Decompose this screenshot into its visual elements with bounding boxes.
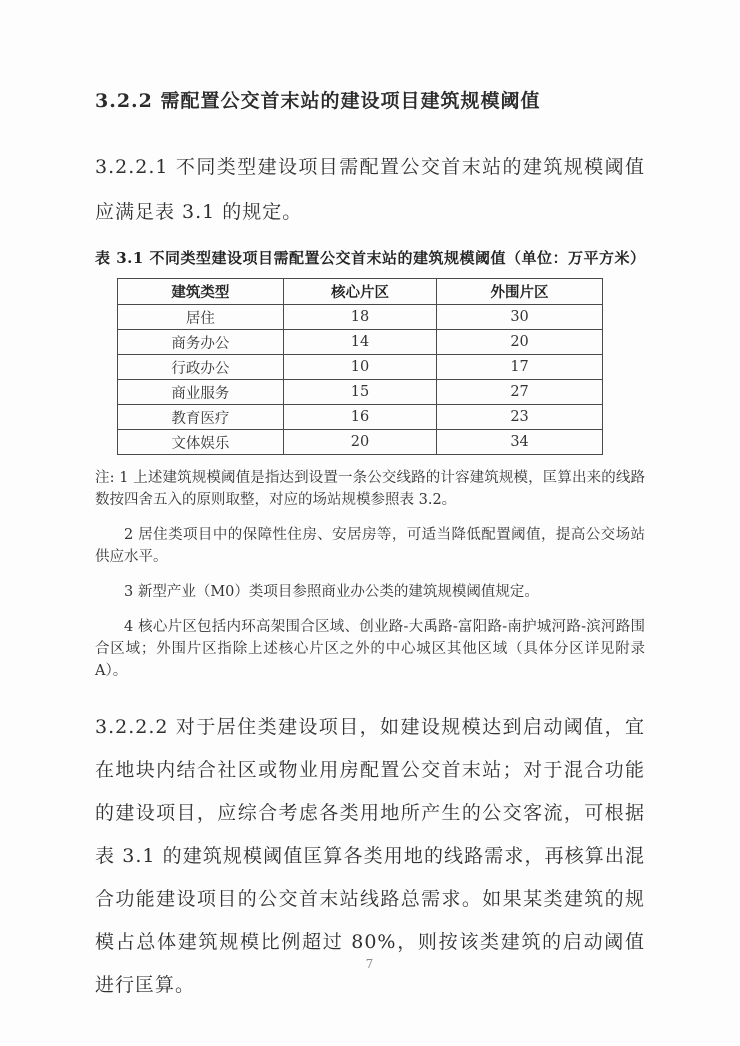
table-cell-core: 18 (283, 305, 436, 330)
table-cell-type: 文体娱乐 (118, 430, 284, 455)
table-cell-type: 商务办公 (118, 330, 284, 355)
table-cell-type: 行政办公 (118, 355, 284, 380)
note-item-4: 4 核心片区包括内环高架围合区域、创业路-大禹路-富阳路-南护城河路-滨河路围合… (95, 616, 645, 682)
note-item-3: 3 新型产业（M0）类项目参照商业办公类的建筑规模阈值规定。 (95, 581, 645, 603)
table-row: 商务办公 14 20 (118, 330, 603, 355)
note-item-1: 注: 1 上述建筑规模阈值是指达到设置一条公交线路的计容建筑规模，匡算出来的线路… (95, 467, 645, 511)
table-cell-core: 16 (283, 405, 436, 430)
page-number: 7 (0, 957, 740, 971)
table-row: 文体娱乐 20 34 (118, 430, 603, 455)
table-cell-outer: 30 (437, 305, 603, 330)
table-row: 教育医疗 16 23 (118, 405, 603, 430)
table-cell-outer: 20 (437, 330, 603, 355)
table-row: 居住 18 30 (118, 305, 603, 330)
table-row: 商业服务 15 27 (118, 380, 603, 405)
table-cell-outer: 17 (437, 355, 603, 380)
table-header-outer-area: 外围片区 (437, 279, 603, 305)
section-heading-3-2-2: 3.2.2 需配置公交首末站的建设项目建筑规模阈值 (95, 86, 645, 113)
table-cell-type: 教育医疗 (118, 405, 284, 430)
table-header-core-area: 核心片区 (283, 279, 436, 305)
table-cell-core: 10 (283, 355, 436, 380)
table-body: 居住 18 30 商务办公 14 20 行政办公 10 17 商业服务 15 2… (118, 305, 603, 455)
document-page: 3.2.2 需配置公交首末站的建设项目建筑规模阈值 3.2.2.1 不同类型建设… (0, 0, 740, 1046)
table-cell-outer: 34 (437, 430, 603, 455)
table-caption: 表 3.1 不同类型建设项目需配置公交首末站的建筑规模阈值（单位：万平方米） (95, 247, 645, 268)
table-header-row: 建筑类型 核心片区 外围片区 (118, 279, 603, 305)
table-header-building-type: 建筑类型 (118, 279, 284, 305)
threshold-table: 建筑类型 核心片区 外围片区 居住 18 30 商务办公 14 20 行政办公 … (117, 278, 603, 455)
table-cell-outer: 27 (437, 380, 603, 405)
table-notes: 注: 1 上述建筑规模阈值是指达到设置一条公交线路的计容建筑规模，匡算出来的线路… (95, 467, 645, 682)
table-cell-outer: 23 (437, 405, 603, 430)
paragraph-3-2-2-1: 3.2.2.1 不同类型建设项目需配置公交首末站的建筑规模阈值应满足表 3.1 … (95, 145, 645, 235)
table-cell-core: 15 (283, 380, 436, 405)
table-cell-core: 20 (283, 430, 436, 455)
table-row: 行政办公 10 17 (118, 355, 603, 380)
table-cell-core: 14 (283, 330, 436, 355)
table-cell-type: 商业服务 (118, 380, 284, 405)
note-item-2: 2 居住类项目中的保障性住房、安居房等，可适当降低配置阈值，提高公交场站供应水平… (95, 524, 645, 568)
table-cell-type: 居住 (118, 305, 284, 330)
